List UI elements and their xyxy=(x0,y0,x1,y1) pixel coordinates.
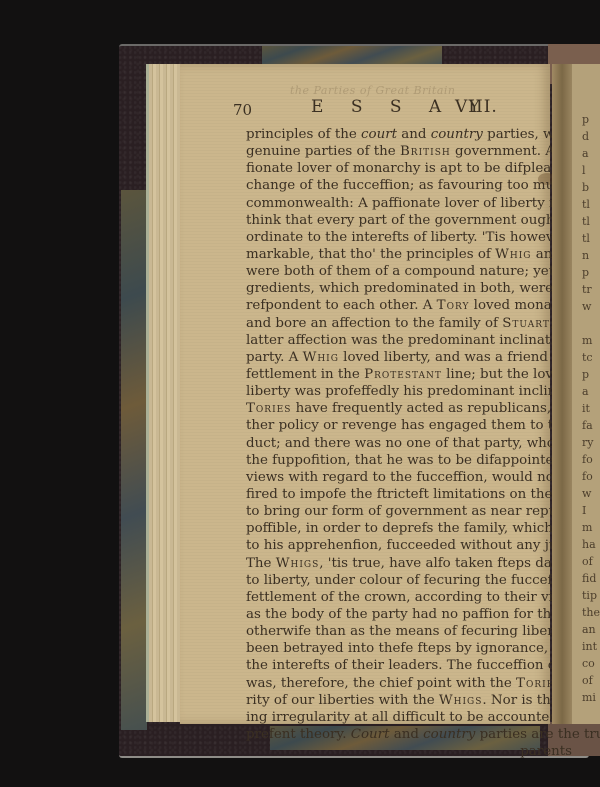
text-line: commonwealth: A paffionate lover of libe… xyxy=(246,195,572,212)
text-line: the fuppofition, that he was to be difap… xyxy=(246,452,572,469)
facing-page-fragment: it xyxy=(582,402,590,415)
facing-page-fragment: co xyxy=(582,657,595,670)
text-line: fionate lover of monarchy is apt to be d… xyxy=(246,160,572,177)
facing-page-fragment: a xyxy=(582,385,589,398)
essay-number: VIII. xyxy=(455,97,498,117)
facing-page-fragment: m xyxy=(582,334,592,347)
text-line: fettlement of the crown, according to th… xyxy=(246,589,572,606)
facing-page-fragment: p xyxy=(582,113,589,126)
facing-page-fragment: int xyxy=(582,640,597,653)
facing-page-fragment: fo xyxy=(582,470,593,483)
text-line: liberty was profeffedly his predominant … xyxy=(246,383,572,400)
facing-page-fragment: tip xyxy=(582,589,597,602)
text-line: views with regard to the fucceffion, wou… xyxy=(246,469,572,486)
text-line: prefent theory. Court and country partie… xyxy=(246,726,572,743)
text-line: to liberty, under colour of fecuring the… xyxy=(246,572,572,589)
facing-page-fragment: of xyxy=(582,674,593,687)
facing-page-fragment: ry xyxy=(582,436,593,449)
text-line: and bore an affection to the family of S… xyxy=(246,315,572,332)
facing-page-fragment: n xyxy=(582,249,589,262)
facing-page-fragment: tc xyxy=(582,351,593,364)
text-line: The Whigs, 'tis true, have alfo taken ft… xyxy=(246,555,572,572)
facing-page-fragment: tl xyxy=(582,232,590,245)
facing-page-fragment: l xyxy=(582,164,586,177)
facing-page-fragment: fid xyxy=(582,572,596,585)
facing-page-edge: pdalbtltltlnptrwmtcpaitfaryfofowImhaoffi… xyxy=(572,64,600,724)
page-header: 70 E S S A Y VIII. xyxy=(233,97,553,121)
facing-page-fragment: d xyxy=(582,130,589,143)
facing-page-fragment: w xyxy=(582,487,591,500)
page-number: 70 xyxy=(233,101,252,119)
text-line: ordinate to the interefts of liberty. 'T… xyxy=(246,229,572,246)
text-line: think that every part of the government … xyxy=(246,212,572,229)
text-line: poffible, in order to deprefs the family… xyxy=(246,520,572,537)
facing-page-fragment: ha xyxy=(582,538,596,551)
facing-page-fragment: tr xyxy=(582,283,592,296)
text-line: principles of the court and country part… xyxy=(246,126,572,143)
facing-page-fragment: tl xyxy=(582,215,590,228)
facing-page-fragment: p xyxy=(582,266,589,279)
facing-page-fragment: m xyxy=(582,521,592,534)
facing-page-fragment: an xyxy=(582,623,596,636)
marbled-board-left xyxy=(121,190,147,730)
marbled-board-top xyxy=(262,46,442,64)
text-line: to his apprehenfion, fucceeded without a… xyxy=(246,537,572,554)
text-line: been betrayed into thefe fteps by ignora… xyxy=(246,640,572,657)
text-line: duct; and there was no one of that party… xyxy=(246,435,572,452)
text-line: markable, that tho' the principles of Wh… xyxy=(246,246,572,263)
catchword: parents xyxy=(246,743,572,760)
facing-page-fragment: b xyxy=(582,181,589,194)
text-line: were both of them of a compound nature; … xyxy=(246,263,572,280)
text-line: to bring our form of government as near … xyxy=(246,503,572,520)
facing-page-fragment: p xyxy=(582,368,589,381)
facing-page-fragment: fa xyxy=(582,419,593,432)
text-line: rity of our liberties with the Whigs. No… xyxy=(246,692,572,709)
book-gutter xyxy=(552,64,572,724)
text-line: ing irregularity at all difficult to be … xyxy=(246,709,572,726)
text-line: was, therefore, the chief point with the… xyxy=(246,675,572,692)
text-line: the interefts of their leaders. The fucc… xyxy=(246,657,572,674)
facing-page-fragment: tl xyxy=(582,198,590,211)
text-line: party. A Whig loved liberty, and was a f… xyxy=(246,349,572,366)
text-line: latter affection was the predominant inc… xyxy=(246,332,572,349)
text-line: fired to impofe the ftricteft limitation… xyxy=(246,486,572,503)
bleed-through-text: the Parties of Great Britain xyxy=(290,84,456,97)
text-line: Tories have frequently acted as republic… xyxy=(246,400,572,417)
facing-page-fragment: I xyxy=(582,504,586,517)
text-line: as the body of the party had no paffion … xyxy=(246,606,572,623)
text-line: change of the fucceffion; as favouring t… xyxy=(246,177,572,194)
text-line: genuine parties of the British governmen… xyxy=(246,143,572,160)
facing-page-fragment: mi xyxy=(582,691,596,704)
facing-page-fragment: of xyxy=(582,555,593,568)
text-line: gredients, which predominated in both, w… xyxy=(246,280,572,297)
text-line: otherwife than as the means of fecuring … xyxy=(246,623,572,640)
facing-page-fragment: w xyxy=(582,300,591,313)
facing-page-fragment: a xyxy=(582,147,589,160)
body-text: principles of the court and country part… xyxy=(246,126,572,760)
text-line: fettlement in the Protestant line; but t… xyxy=(246,366,572,383)
facing-page-fragment: fo xyxy=(582,453,593,466)
text-line: ther policy or revenge has engaged them … xyxy=(246,417,572,434)
facing-page-fragment: the xyxy=(582,606,600,619)
text-line: refpondent to each other. A Tory loved m… xyxy=(246,297,572,314)
